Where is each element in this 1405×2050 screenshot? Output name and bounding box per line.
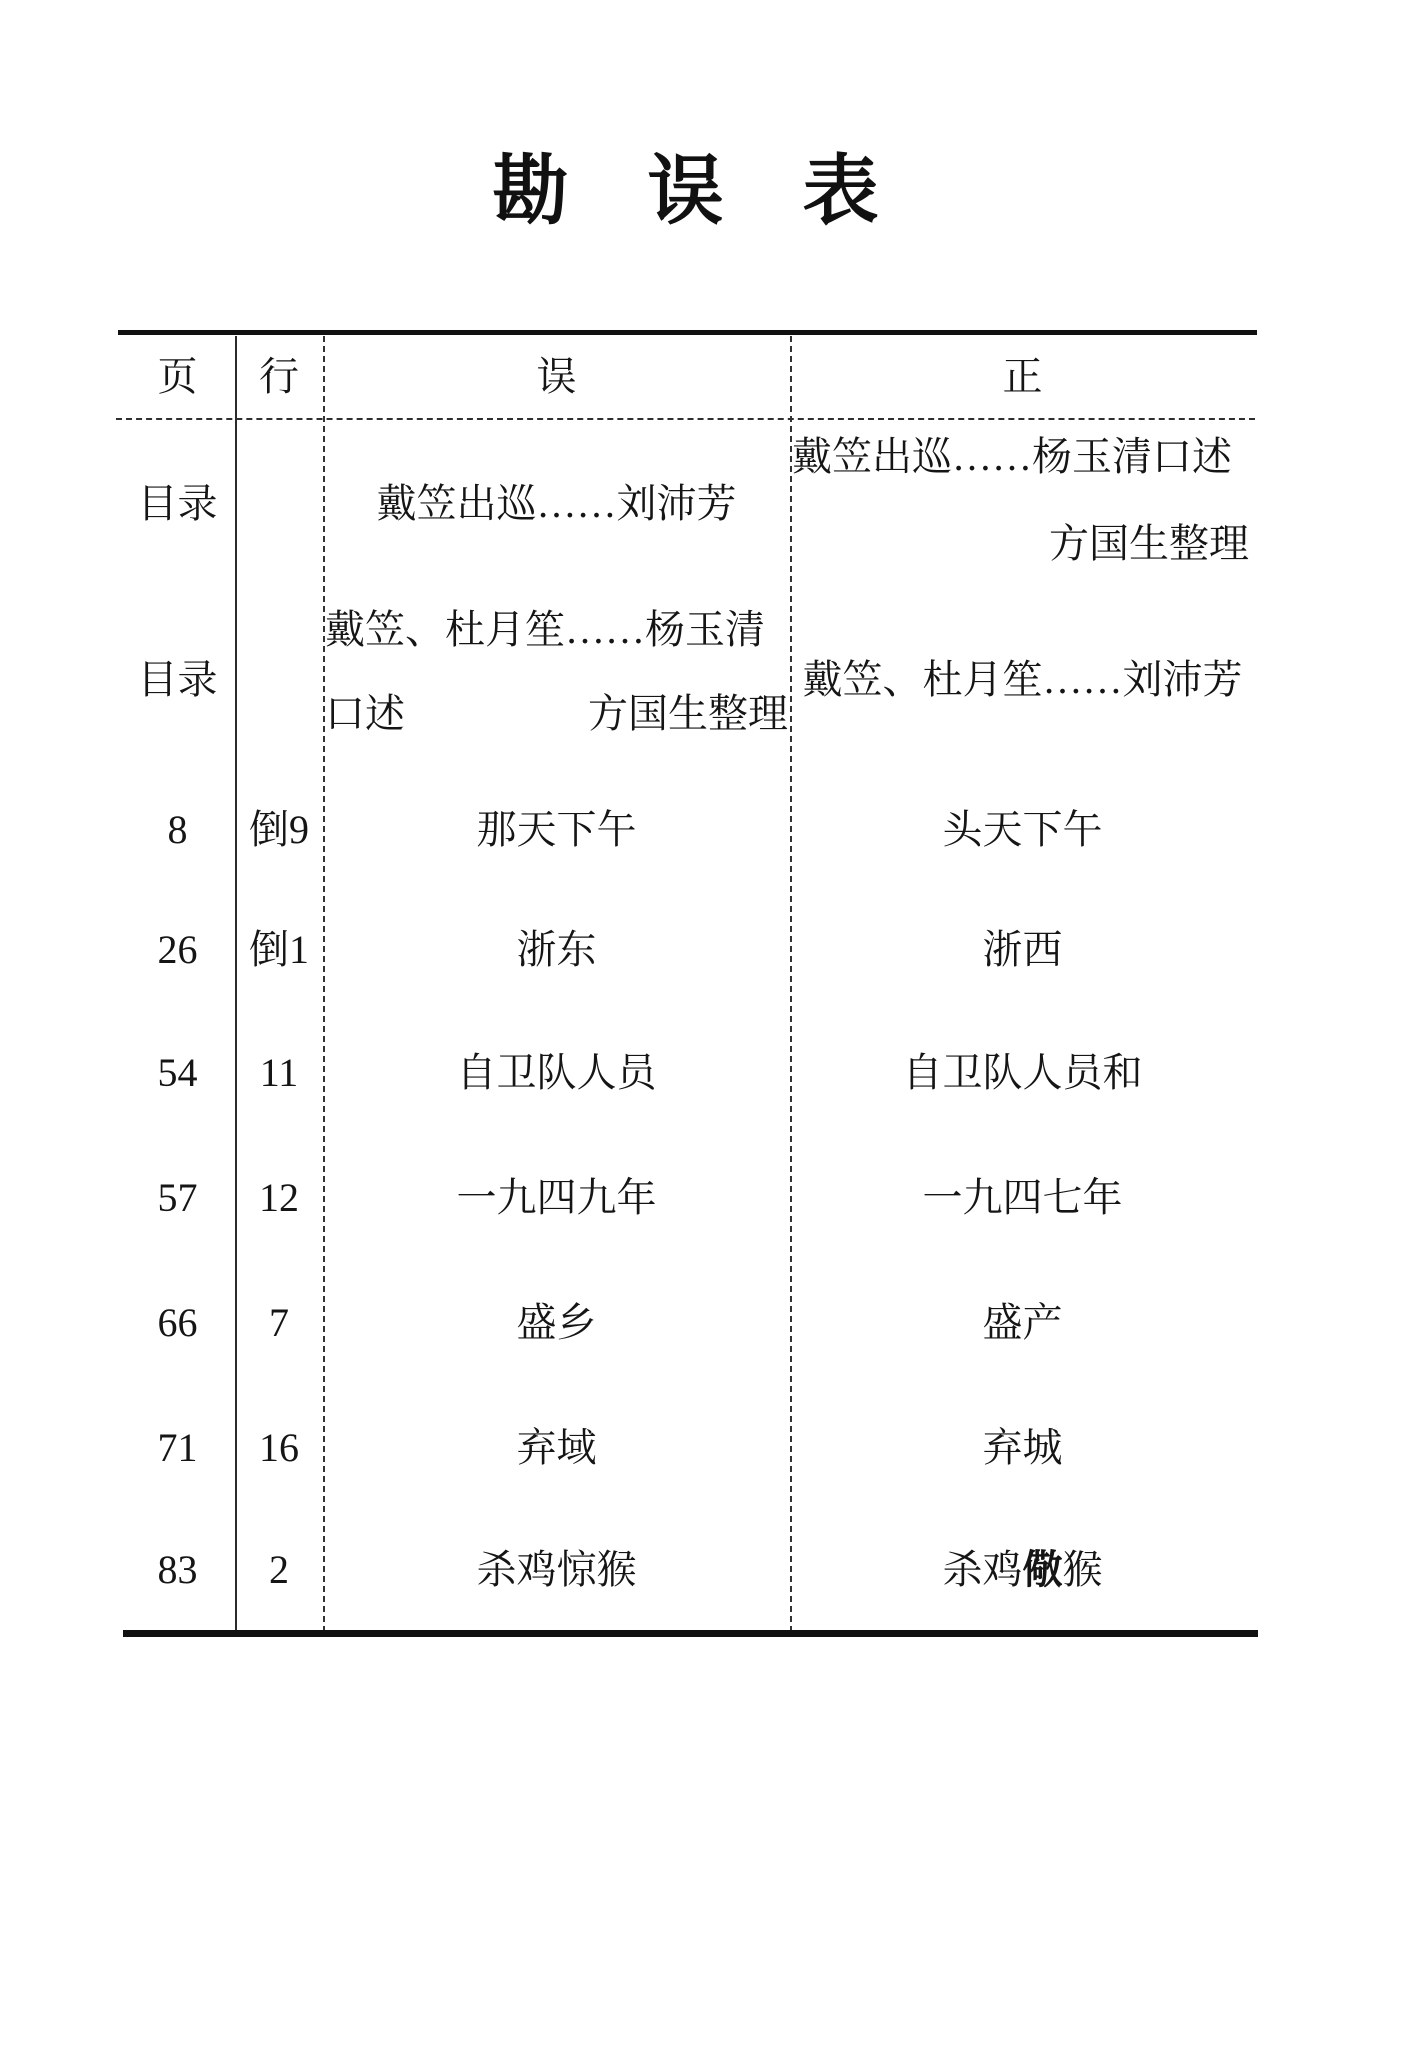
cell-line: 12 xyxy=(235,1135,323,1260)
cell-correct: 弃城 xyxy=(790,1385,1255,1510)
table-row: 54 11 自卫队人员 自卫队人员和 xyxy=(120,1010,1255,1135)
cell-wrong: 戴笠、杜月笙……杨玉清 口述 方国生整理 xyxy=(323,590,790,770)
header-wrong: 误 xyxy=(323,335,790,418)
cell-wrong: 盛乡 xyxy=(323,1260,790,1385)
header-line: 行 xyxy=(235,335,323,418)
cell-line: 倒1 xyxy=(235,890,323,1010)
cell-page: 目录 xyxy=(120,590,235,770)
cell-line: 11 xyxy=(235,1010,323,1135)
cell-wrong-line2-left: 口述 xyxy=(325,692,405,736)
table-header-row: 页 行 误 正 xyxy=(120,335,1255,418)
cell-page: 57 xyxy=(120,1135,235,1260)
cell-correct: 浙西 xyxy=(790,890,1255,1010)
cell-correct-line2: 方国生整理 xyxy=(792,522,1249,566)
cell-correct: 自卫队人员和 xyxy=(790,1010,1255,1135)
cell-correct-emphasis: 儆 xyxy=(1023,1548,1063,1592)
cell-page: 66 xyxy=(120,1260,235,1385)
cell-wrong: 一九四九年 xyxy=(323,1135,790,1260)
errata-table: 页 行 误 正 目录 戴笠出巡……刘沛芳 戴笠出巡……杨玉清口述 方国生整理 目… xyxy=(120,330,1255,1637)
cell-correct-post: 猴 xyxy=(1063,1548,1103,1592)
cell-line: 16 xyxy=(235,1385,323,1510)
cell-page: 26 xyxy=(120,890,235,1010)
cell-correct: 盛产 xyxy=(790,1260,1255,1385)
table-row: 目录 戴笠、杜月笙……杨玉清 口述 方国生整理 戴笠、杜月笙……刘沛芳 xyxy=(120,590,1255,770)
table-row: 83 2 杀鸡惊猴 杀鸡儆猴 xyxy=(120,1510,1255,1630)
cell-line xyxy=(235,590,323,770)
cell-wrong: 戴笠出巡……刘沛芳 xyxy=(323,418,790,590)
cell-wrong-line1: 戴笠、杜月笙……杨玉清 xyxy=(325,608,788,652)
table-bottom-border xyxy=(123,1630,1258,1637)
cell-line xyxy=(235,418,323,590)
table-row: 26 倒1 浙东 浙西 xyxy=(120,890,1255,1010)
cell-line: 7 xyxy=(235,1260,323,1385)
table-row: 8 倒9 那天下午 头天下午 xyxy=(120,770,1255,890)
cell-wrong: 杀鸡惊猴 xyxy=(323,1510,790,1630)
cell-correct: 杀鸡儆猴 xyxy=(790,1510,1255,1630)
header-correct: 正 xyxy=(790,335,1255,418)
header-page: 页 xyxy=(120,335,235,418)
cell-page: 8 xyxy=(120,770,235,890)
cell-line: 2 xyxy=(235,1510,323,1630)
cell-correct: 戴笠出巡……杨玉清口述 方国生整理 xyxy=(790,418,1255,590)
table-row: 66 7 盛乡 盛产 xyxy=(120,1260,1255,1385)
table-row: 71 16 弃域 弃城 xyxy=(120,1385,1255,1510)
cell-correct: 一九四七年 xyxy=(790,1135,1255,1260)
cell-wrong: 弃域 xyxy=(323,1385,790,1510)
cell-correct-pre: 杀鸡 xyxy=(943,1548,1023,1592)
cell-wrong: 自卫队人员 xyxy=(323,1010,790,1135)
cell-page: 83 xyxy=(120,1510,235,1630)
cell-correct: 戴笠、杜月笙……刘沛芳 xyxy=(790,590,1255,770)
table-row: 57 12 一九四九年 一九四七年 xyxy=(120,1135,1255,1260)
cell-line: 倒9 xyxy=(235,770,323,890)
cell-correct: 头天下午 xyxy=(790,770,1255,890)
cell-page: 54 xyxy=(120,1010,235,1135)
table-row: 目录 戴笠出巡……刘沛芳 戴笠出巡……杨玉清口述 方国生整理 xyxy=(120,418,1255,590)
cell-page: 71 xyxy=(120,1385,235,1510)
cell-page: 目录 xyxy=(120,418,235,590)
cell-wrong: 那天下午 xyxy=(323,770,790,890)
cell-wrong-line2: 口述 方国生整理 xyxy=(325,692,788,736)
cell-correct-line1: 戴笠出巡……杨玉清口述 xyxy=(792,435,1249,479)
cell-wrong-line2-right: 方国生整理 xyxy=(588,692,788,736)
page-title: 勘 误 表 xyxy=(120,130,1255,239)
cell-wrong: 浙东 xyxy=(323,890,790,1010)
